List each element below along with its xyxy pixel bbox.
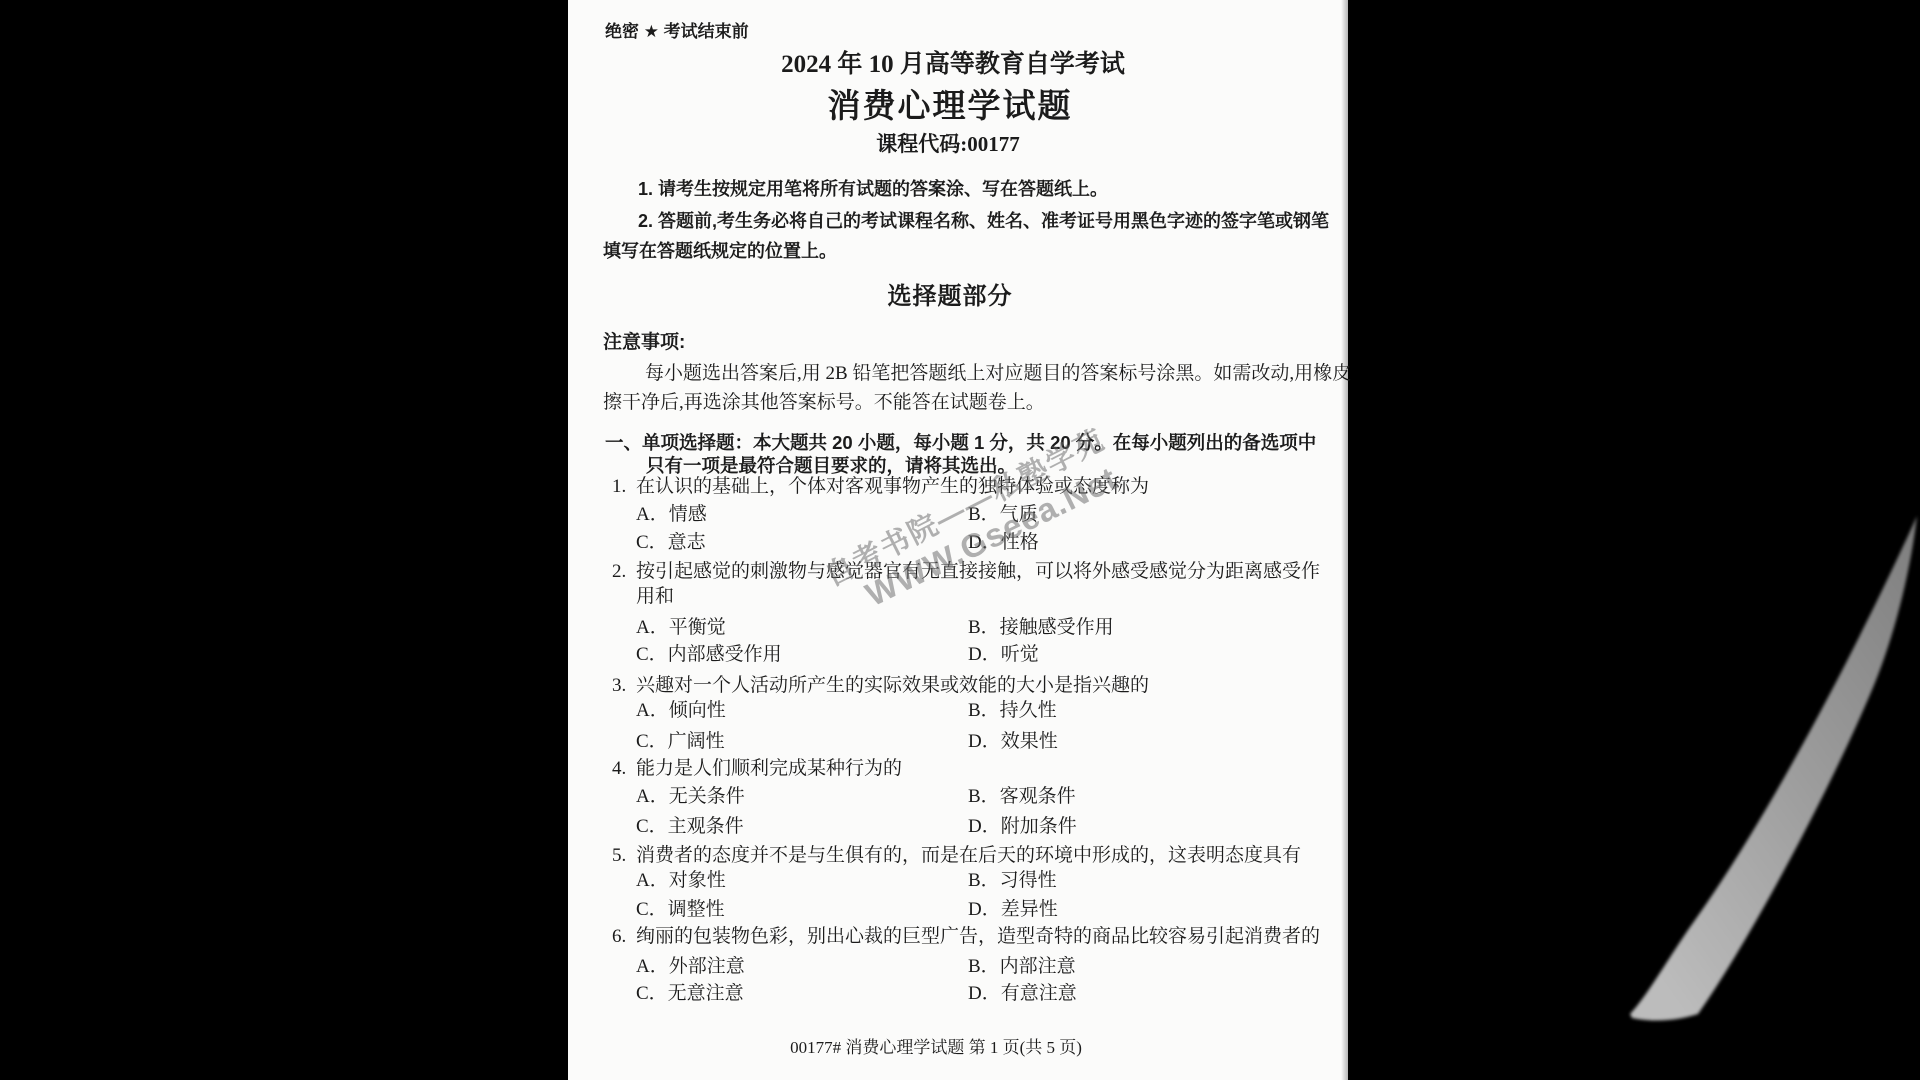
question-3-option-c: C．广阔性 (636, 731, 725, 754)
question-2-option-d: D．听觉 (968, 644, 1039, 667)
question-5-option-b: B．习得性 (968, 870, 1057, 893)
question-3-option-d: D．效果性 (968, 731, 1058, 754)
page-footer: 00177# 消费心理学试题 第 1 页(共 5 页) (790, 1038, 1082, 1058)
section-title: 选择题部分 (888, 283, 1013, 312)
question-2-stem: 按引起感觉的刺激物与感觉器官有无直接接触，可以将外感受感觉分为距离感受作 (636, 561, 1320, 584)
question-2-stem-wrap: 用和 (636, 586, 674, 609)
question-4-option-a: A．无关条件 (636, 786, 745, 809)
question-1-number: 1. (612, 476, 626, 499)
question-6-number: 6. (612, 926, 626, 949)
question-2-option-c: C．内部感受作用 (636, 644, 782, 667)
question-6-option-c: C．无意注意 (636, 983, 744, 1006)
question-5-option-d: D．差异性 (968, 899, 1058, 922)
question-3-stem: 兴趣对一个人活动所产生的实际效果或效能的大小是指兴趣的 (636, 675, 1149, 698)
question-5-option-a: A．对象性 (636, 870, 726, 893)
notice-line-1: 每小题选出答案后,用 2B 铅笔把答题纸上对应题目的答案标号涂黑。如需改动,用橡… (645, 363, 1351, 386)
question-5-option-c: C．调整性 (636, 899, 725, 922)
question-2-number: 2. (612, 561, 626, 584)
question-4-stem: 能力是人们顺利完成某种行为的 (636, 758, 902, 781)
exam-session-title: 2024 年 10 月高等教育自学考试 (781, 50, 1125, 80)
notice-heading: 注意事项: (603, 332, 685, 355)
part1-heading-line-2: 只有一项是最符合题目要求的，请将其选出。 (646, 455, 1016, 477)
instruction-line-2: 2. 答题前,考生务必将自己的考试课程名称、姓名、准考证号用黑色字迹的签字笔或钢… (638, 211, 1329, 233)
question-1-option-a: A．情感 (636, 504, 707, 527)
question-6-option-b: B．内部注意 (968, 956, 1076, 979)
question-3-number: 3. (612, 675, 626, 698)
part1-heading-line-1: 一、单项选择题：本大题共 20 小题，每小题 1 分，共 20 分。在每小题列出… (605, 432, 1316, 454)
question-3-option-a: A．倾向性 (636, 700, 726, 723)
course-code: 课程代码:00177 (876, 132, 1020, 157)
viewer-background: 绝密 ★ 考试结束前 2024 年 10 月高等教育自学考试 消费心理学试题 课… (0, 0, 1920, 1080)
question-2-option-b: B．接触感受作用 (968, 617, 1114, 640)
question-3-option-b: B．持久性 (968, 700, 1057, 723)
question-4-option-c: C．主观条件 (636, 816, 744, 839)
question-5-number: 5. (612, 845, 626, 868)
question-4-number: 4. (612, 758, 626, 781)
instruction-line-3: 填写在答题纸规定的位置上。 (603, 241, 837, 263)
question-1-option-b: B．气质 (968, 504, 1038, 527)
paper-title: 消费心理学试题 (828, 88, 1073, 128)
question-6-stem: 绚丽的包装物色彩，别出心裁的巨型广告，造型奇特的商品比较容易引起消费者的 (636, 926, 1320, 949)
page-curl-graphic (1600, 500, 1920, 1080)
question-1-stem: 在认识的基础上，个体对客观事物产生的独特体验或态度称为 (636, 476, 1149, 499)
question-1-option-d: D．性格 (968, 532, 1039, 555)
question-4-option-b: B．客观条件 (968, 786, 1076, 809)
question-6-option-d: D．有意注意 (968, 983, 1077, 1006)
question-2-option-a: A．平衡觉 (636, 617, 726, 640)
question-1-option-c: C．意志 (636, 532, 706, 555)
question-6-option-a: A．外部注意 (636, 956, 745, 979)
notice-line-2: 擦干净后,再选涂其他答案标号。不能答在试题卷上。 (603, 392, 1045, 415)
exam-paper-page: 绝密 ★ 考试结束前 2024 年 10 月高等教育自学考试 消费心理学试题 课… (568, 0, 1348, 1080)
instruction-line-1: 1. 请考生按规定用笔将所有试题的答案涂、写在答题纸上。 (638, 179, 1108, 201)
question-5-stem: 消费者的态度并不是与生俱有的，而是在后天的环境中形成的，这表明态度具有 (636, 845, 1301, 868)
question-4-option-d: D．附加条件 (968, 816, 1077, 839)
security-label: 绝密 ★ 考试结束前 (605, 22, 749, 42)
